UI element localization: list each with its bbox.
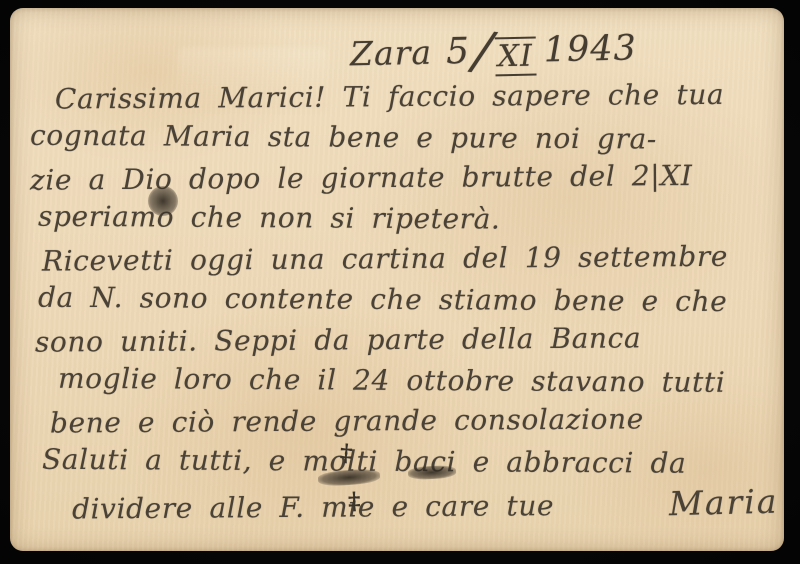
date-month-roman: XI	[494, 37, 536, 77]
handwritten-line: cognata Maria sta bene e pure noi gra-	[30, 118, 784, 163]
date-line: Zara 5 / XI 1943	[350, 20, 771, 80]
closing-line: dividere alle F. mie e care tue Maria	[72, 483, 784, 528]
handwritten-line: Saluti a tutti, e molti baci e abbracci …	[42, 442, 784, 487]
date-place: Zara	[350, 33, 433, 74]
handwritten-line: zie a Dio dopo le giornate brutte del 2|…	[30, 158, 784, 204]
handwritten-line: sono uniti. Seppi da parte della Banca	[35, 320, 784, 366]
handwritten-line: Ricevetti oggi una cartina del 19 settem…	[42, 239, 784, 285]
date-slash: /	[474, 50, 492, 52]
date-year: 1943	[543, 28, 637, 70]
handwritten-line: da N. sono contente che stiamo bene e ch…	[38, 280, 784, 325]
date-day: 5	[446, 31, 471, 72]
letter-body: Carissima Marici! Ti faccio sapere che t…	[10, 80, 784, 526]
closing-text: dividere alle F. mie e care tue	[72, 489, 554, 525]
signature: Maria	[669, 482, 779, 524]
handwritten-line: Carissima Marici! Ti faccio sapere che t…	[55, 77, 784, 123]
handwritten-line: speriamo che non si ripeterà.	[38, 199, 784, 244]
handwritten-line: bene e ciò rende grande consolazione	[50, 401, 784, 447]
postcard: Zara 5 / XI 1943 Carissima Marici! Ti fa…	[10, 8, 784, 551]
handwritten-line: moglie loro che il 24 ottobre stavano tu…	[58, 361, 784, 406]
scan-background: Zara 5 / XI 1943 Carissima Marici! Ti fa…	[0, 0, 800, 564]
